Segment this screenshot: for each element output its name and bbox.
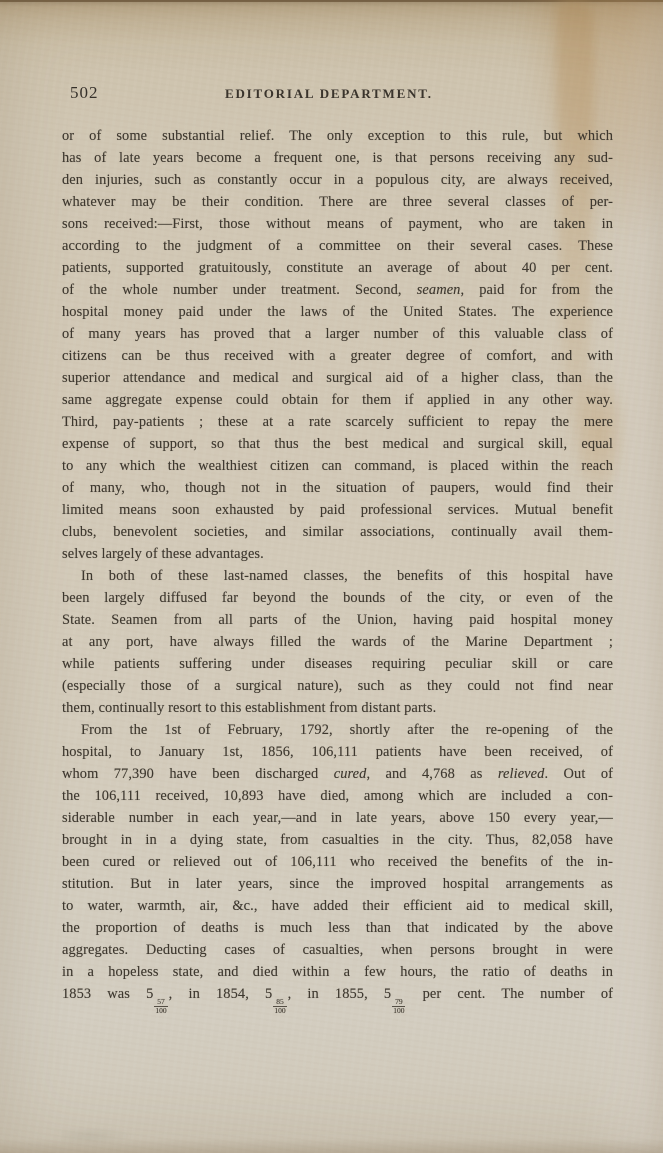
text-line: whom 77,390 have been discharged cured, … — [62, 763, 613, 785]
text-line: same aggregate expense could obtain for … — [62, 389, 613, 411]
vulgar-fraction: 79100 — [392, 998, 405, 1014]
text-line: (especially those of a surgical nature),… — [62, 675, 613, 697]
text-line: has of late years become a frequent one,… — [62, 147, 613, 169]
text-line: From the 1st of February, 1792, shortly … — [62, 719, 613, 741]
text-line: selves largely of these advantages. — [62, 543, 613, 565]
text-line: of many years has proved that a larger n… — [62, 323, 613, 345]
page-number: 502 — [70, 83, 99, 103]
text-line: the proportion of deaths is much less th… — [62, 917, 613, 939]
text-line: patients, supported gratuitously, consti… — [62, 257, 613, 279]
text-line: been cured or relieved out of 106,111 wh… — [62, 851, 613, 873]
text-line: in a hopeless state, and died within a f… — [62, 961, 613, 983]
text-line: superior attendance and medical and surg… — [62, 367, 613, 389]
text-line: clubs, benevolent societies, and similar… — [62, 521, 613, 543]
text-line: stitution. But in later years, since the… — [62, 873, 613, 895]
text-line: of many, who, though not in the situatio… — [62, 477, 613, 499]
text-line: den injuries, such as constantly occur i… — [62, 169, 613, 191]
text-line: sons received:—First, those without mean… — [62, 213, 613, 235]
text-line: Third, pay-patients ; these at a rate sc… — [62, 411, 613, 433]
text-line: them, continually resort to this establi… — [62, 697, 613, 719]
text-line: or of some substantial relief. The only … — [62, 125, 613, 147]
text-line: according to the judgment of a committee… — [62, 235, 613, 257]
text-line: siderable number in each year,—and in la… — [62, 807, 613, 829]
text-line: In both of these last-named classes, the… — [62, 565, 613, 587]
text-line: to any which the wealthiest citizen can … — [62, 455, 613, 477]
text-line: to water, warmth, air, &c., have added t… — [62, 895, 613, 917]
text-line: hospital, to January 1st, 1856, 106,111 … — [62, 741, 613, 763]
smudge-bottom-left — [62, 1128, 132, 1144]
text-line: while patients suffering under diseases … — [62, 653, 613, 675]
text-line: expense of support, so that thus the bes… — [62, 433, 613, 455]
text-line: at any port, have always filled the ward… — [62, 631, 613, 653]
page-body-text: or of some substantial relief. The only … — [62, 125, 613, 1005]
text-line: 1853 was 557100, in 1854, 585100, in 185… — [62, 983, 613, 1005]
top-edge-shadow — [0, 0, 663, 72]
text-line: whatever may be their condition. There a… — [62, 191, 613, 213]
text-line: the 106,111 received, 10,893 have died, … — [62, 785, 613, 807]
scan-top-edge-line — [0, 0, 663, 2]
text-line: brought in in a dying state, from casual… — [62, 829, 613, 851]
text-line: State. Seamen from all parts of the Unio… — [62, 609, 613, 631]
text-line: been largely diffused far beyond the bou… — [62, 587, 613, 609]
text-line: aggregates. Deducting cases of casualtie… — [62, 939, 613, 961]
vulgar-fraction: 85100 — [273, 998, 286, 1014]
text-line: citizens can be thus received with a gre… — [62, 345, 613, 367]
scanned-book-page: 502 EDITORIAL DEPARTMENT. or of some sub… — [0, 0, 663, 1153]
vulgar-fraction: 57100 — [154, 998, 167, 1014]
running-header: 502 EDITORIAL DEPARTMENT. — [62, 83, 613, 105]
bottom-edge-shadow — [0, 1139, 663, 1153]
text-line: hospital money paid under the laws of th… — [62, 301, 613, 323]
text-line: limited means soon exhausted by paid pro… — [62, 499, 613, 521]
text-line: of the whole number under treatment. Sec… — [62, 279, 613, 301]
running-title: EDITORIAL DEPARTMENT. — [225, 86, 433, 102]
